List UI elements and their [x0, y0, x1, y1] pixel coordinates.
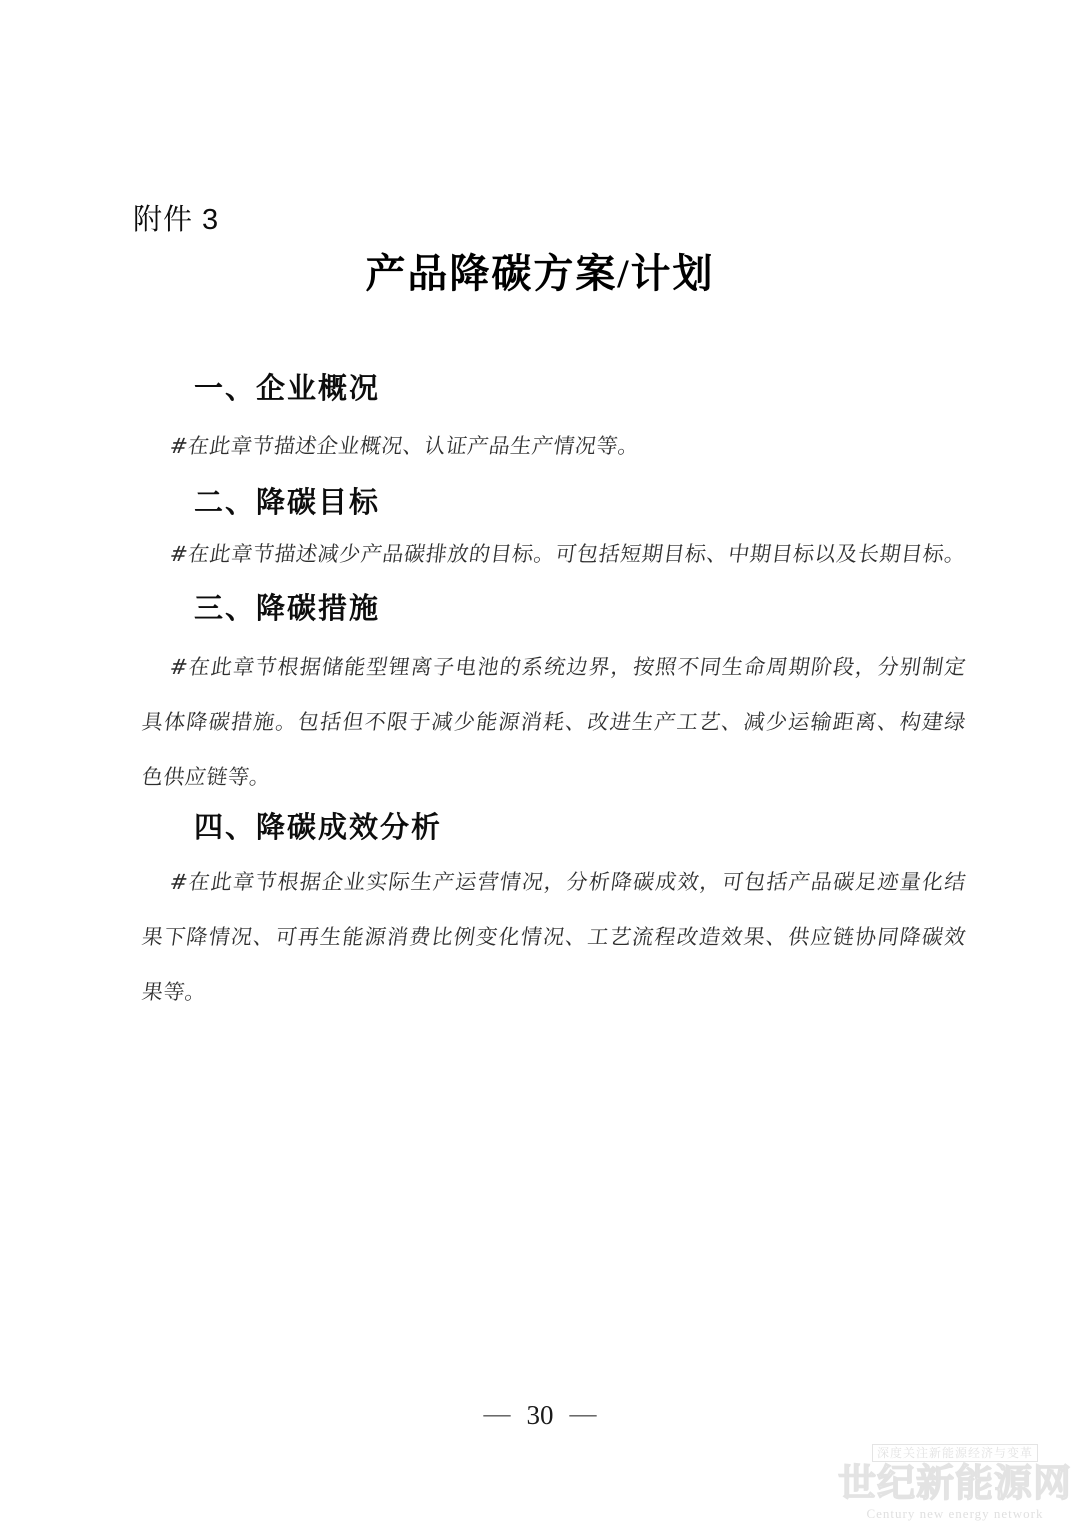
paragraph-line: #在此章节根据企业实际生产运营情况，分析降碳成效，可包括产品碳足迹量化结 [138, 855, 970, 910]
watermark-subtitle: Century new energy network [836, 1506, 1074, 1521]
paragraph-line: 果下降情况、可再生能源消费比例变化情况、工艺流程改造效果、供应链协同降碳效 [138, 910, 970, 965]
section-heading-carbon-measures: 三、降碳措施 [194, 592, 962, 626]
site-watermark: 深度关注新能源经济与变革 世纪新能源网 Century new energy n… [836, 1444, 1074, 1521]
page-number-dash-left: — [484, 1398, 511, 1428]
section-paragraph: #在此章节根据企业实际生产运营情况，分析降碳成效，可包括产品碳足迹量化结 果下降… [138, 855, 962, 1020]
paragraph-line: 色供应链等。 [138, 750, 970, 805]
section-paragraph: #在此章节描述企业概况、认证产品生产情况等。 [138, 419, 962, 474]
paragraph-line: 具体降碳措施。包括但不限于减少能源消耗、改进生产工艺、减少运输距离、构建绿 [138, 695, 970, 750]
page-number-value: 30 [527, 1400, 554, 1430]
section-paragraph: #在此章节描述减少产品碳排放的目标。可包括短期目标、中期目标以及长期目标。 [138, 527, 962, 582]
section-heading-company-overview: 一、企业概况 [194, 372, 962, 406]
paragraph-line: 果等。 [138, 965, 970, 1020]
section-heading-carbon-results-analysis: 四、降碳成效分析 [194, 811, 962, 845]
page-number-dash-right: — [570, 1398, 597, 1428]
section-paragraph: #在此章节根据储能型锂离子电池的系统边界，按照不同生命周期阶段，分别制定 具体降… [138, 640, 962, 805]
document-page: 附件 3 产品降碳方案/计划 一、企业概况 #在此章节描述企业概况、认证产品生产… [0, 0, 1080, 1527]
document-body: 一、企业概况 #在此章节描述企业概况、认证产品生产情况等。 二、降碳目标 #在此… [138, 0, 962, 1020]
paragraph-line: #在此章节描述减少产品碳排放的目标。可包括短期目标、中期目标以及长期目标。 [138, 527, 970, 582]
watermark-site-name: 世纪新能源网 [836, 1463, 1074, 1505]
watermark-tagline: 深度关注新能源经济与变革 [872, 1444, 1038, 1462]
page-number: —30— [0, 1398, 1080, 1432]
paragraph-line: #在此章节描述企业概况、认证产品生产情况等。 [138, 419, 970, 474]
paragraph-line: #在此章节根据储能型锂离子电池的系统边界，按照不同生命周期阶段，分别制定 [138, 640, 970, 695]
section-heading-carbon-goals: 二、降碳目标 [194, 486, 962, 520]
